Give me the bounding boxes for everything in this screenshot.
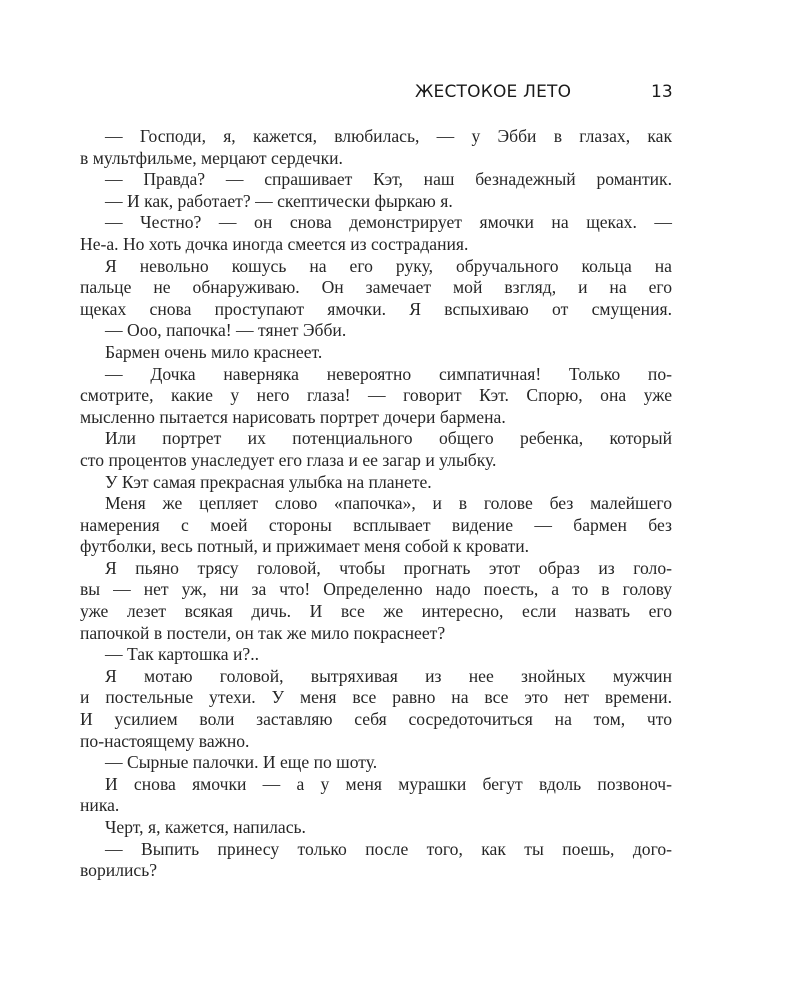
text-line: папочкой в постели, он так же мило покра… <box>80 623 672 645</box>
text-line: — Дочка наверняка невероятно симпатичная… <box>80 364 672 386</box>
text-line: — Так картошка и?.. <box>80 644 672 666</box>
text-line: Или портрет их потенциального общего реб… <box>80 428 672 450</box>
text-line: — Сырные палочки. И еще по шоту. <box>80 752 672 774</box>
text-line: И снова ямочки — а у меня мурашки бегут … <box>80 774 672 796</box>
text-line: Я мотаю головой, вытряхивая из нее знойн… <box>80 666 672 688</box>
text-line: — Выпить принесу только после того, как … <box>80 839 672 861</box>
body-text: — Господи, я, кажется, влюбилась, — у Эб… <box>80 126 672 882</box>
text-line: — Правда? — спрашивает Кэт, наш безнадеж… <box>80 169 672 191</box>
running-head: ЖЕСТОКОЕ ЛЕТО 13 <box>0 82 800 106</box>
text-line: Не-а. Но хоть дочка иногда смеется из со… <box>80 234 672 256</box>
text-line: ника. <box>80 795 672 817</box>
text-line: — Ооо, папочка! — тянет Эбби. <box>80 320 672 342</box>
text-line: вы — нет уж, ни за что! Определенно надо… <box>80 579 672 601</box>
text-line: — Честно? — он снова демонстрирует ямочк… <box>80 212 672 234</box>
text-line: пальце не обнаруживаю. Он замечает мой в… <box>80 277 672 299</box>
text-line: Я пьяно трясу головой, чтобы прогнать эт… <box>80 558 672 580</box>
text-line: сто процентов унаследует его глаза и ее … <box>80 450 672 472</box>
text-line: Черт, я, кажется, напилась. <box>80 817 672 839</box>
text-line: намерения с моей стороны всплывает виден… <box>80 515 672 537</box>
text-line: щеках снова проступают ямочки. Я вспыхив… <box>80 299 672 321</box>
text-line: И усилием воли заставляю себя сосредоточ… <box>80 709 672 731</box>
text-line: ворились? <box>80 860 672 882</box>
text-line: Я невольно кошусь на его руку, обручальн… <box>80 256 672 278</box>
text-line: и постельные утехи. У меня все равно на … <box>80 687 672 709</box>
text-line: смотрите, какие у него глаза! — говорит … <box>80 385 672 407</box>
text-line: Меня же цепляет слово «папочка», и в гол… <box>80 493 672 515</box>
text-line: — И как, работает? — скептически фыркаю … <box>80 191 672 213</box>
book-title: ЖЕСТОКОЕ ЛЕТО <box>415 82 571 102</box>
page-number: 13 <box>651 82 673 102</box>
text-line: Бармен очень мило краснеет. <box>80 342 672 364</box>
text-line: мысленно пытается нарисовать портрет доч… <box>80 407 672 429</box>
text-line: футболки, весь потный, и прижимает меня … <box>80 536 672 558</box>
text-line: в мультфильме, мерцают сердечки. <box>80 148 672 170</box>
text-line: У Кэт самая прекрасная улыбка на планете… <box>80 472 672 494</box>
text-line: — Господи, я, кажется, влюбилась, — у Эб… <box>80 126 672 148</box>
text-line: по-настоящему важно. <box>80 731 672 753</box>
text-line: уже лезет всякая дичь. И все же интересн… <box>80 601 672 623</box>
